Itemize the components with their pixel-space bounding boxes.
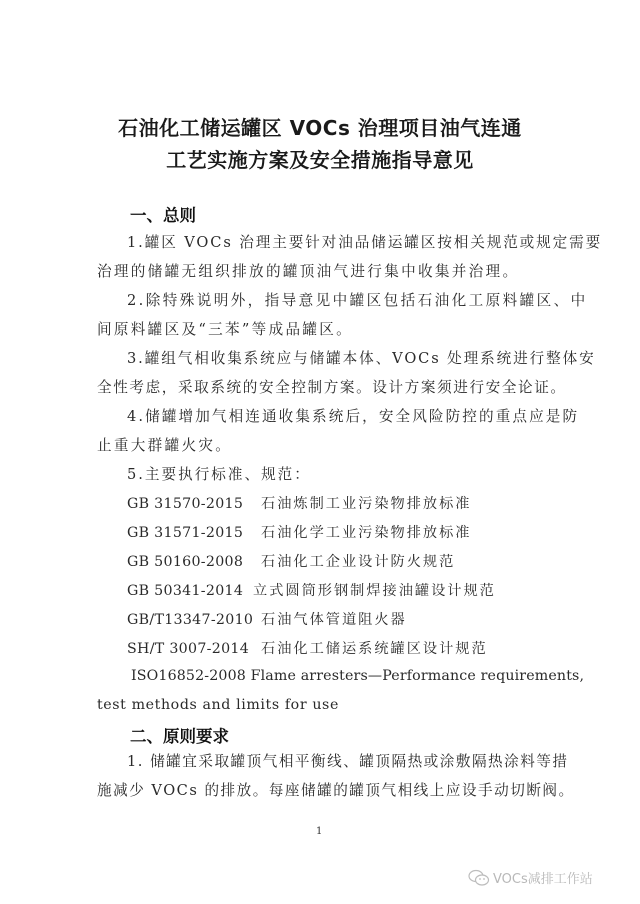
paragraph-1-line-2: 治理的储罐无组织排放的罐顶油气进行集中收集并治理。 bbox=[97, 262, 547, 282]
standard-name: 石油化学工业污染物排放标准 bbox=[261, 523, 471, 543]
standard-row: GB 50341-2014 立式圆筒形钢制焊接油罐设计规范 bbox=[127, 581, 243, 601]
paragraph-3-line-1: 3.罐组气相收集系统应与储罐本体、VOCs 处理系统进行整体安 bbox=[127, 349, 577, 369]
paragraph-2-line-1: 2.除特殊说明外，指导意见中罐区包括石油化工原料罐区、中 bbox=[127, 291, 577, 311]
standard-code: GB 50341-2014 bbox=[127, 581, 243, 601]
iso-standard-line-1: ISO16852-2008 Flame arresters—Performanc… bbox=[131, 668, 584, 684]
standard-code: GB 31570-2015 bbox=[127, 494, 243, 514]
section-2-paragraph-1-line-1: 1. 储罐宜采取罐顶气相平衡线、罐顶隔热或涂敷隔热涂料等措 bbox=[127, 752, 577, 772]
standard-name: 石油炼制工业污染物排放标准 bbox=[261, 494, 471, 514]
standards-intro: 5.主要执行标准、规范： bbox=[127, 465, 577, 485]
document-title-line-1: 石油化工储运罐区 VOCs 治理项目油气连通 bbox=[0, 112, 640, 141]
paragraph-4-line-2: 止重大群罐火灾。 bbox=[97, 436, 547, 456]
section-1-heading: 一、总则 bbox=[130, 202, 196, 226]
section-2-paragraph-1-line-2: 施减少 VOCs 的排放。每座储罐的罐顶气相线上应设手动切断阀。 bbox=[97, 781, 547, 801]
standard-name: 石油化工企业设计防火规范 bbox=[261, 552, 455, 572]
iso-standard-line-2: test methods and limits for use bbox=[97, 697, 339, 713]
document-title-line-2: 工艺实施方案及安全措施指导意见 bbox=[0, 144, 640, 173]
standard-name: 立式圆筒形钢制焊接油罐设计规范 bbox=[253, 581, 496, 601]
standard-code: SH/T 3007-2014 bbox=[127, 639, 249, 659]
standard-row: GB 31570-2015 石油炼制工业污染物排放标准 bbox=[127, 494, 243, 514]
paragraph-2-line-2: 间原料罐区及“三苯”等成品罐区。 bbox=[97, 320, 547, 340]
standard-row: GB/T13347-2010 石油气体管道阻火器 bbox=[127, 610, 253, 630]
standard-row: SH/T 3007-2014 石油化工储运系统罐区设计规范 bbox=[127, 639, 249, 659]
watermark-text: VOCs减排工作站 bbox=[493, 868, 593, 887]
standard-name: 石油气体管道阻火器 bbox=[261, 610, 407, 630]
watermark: VOCs减排工作站 bbox=[468, 868, 593, 887]
page-number: 1 bbox=[316, 826, 322, 837]
wechat-icon bbox=[468, 869, 490, 887]
document-page: 石油化工储运罐区 VOCs 治理项目油气连通 工艺实施方案及安全措施指导意见 一… bbox=[0, 0, 640, 904]
standard-code: GB/T13347-2010 bbox=[127, 610, 253, 630]
standard-row: GB 50160-2008 石油化工企业设计防火规范 bbox=[127, 552, 243, 572]
standard-row: GB 31571-2015 石油化学工业污染物排放标准 bbox=[127, 523, 243, 543]
section-2-heading: 二、原则要求 bbox=[130, 723, 229, 747]
paragraph-4-line-1: 4.储罐增加气相连通收集系统后，安全风险防控的重点应是防 bbox=[127, 407, 577, 427]
standard-name: 石油化工储运系统罐区设计规范 bbox=[261, 639, 488, 659]
standard-code: GB 50160-2008 bbox=[127, 552, 243, 572]
standard-code: GB 31571-2015 bbox=[127, 523, 243, 543]
paragraph-1-line-1: 1.罐区 VOCs 治理主要针对油品储运罐区按相关规范或规定需要 bbox=[127, 233, 577, 253]
paragraph-3-line-2: 全性考虑，采取系统的安全控制方案。设计方案须进行安全论证。 bbox=[97, 378, 547, 398]
